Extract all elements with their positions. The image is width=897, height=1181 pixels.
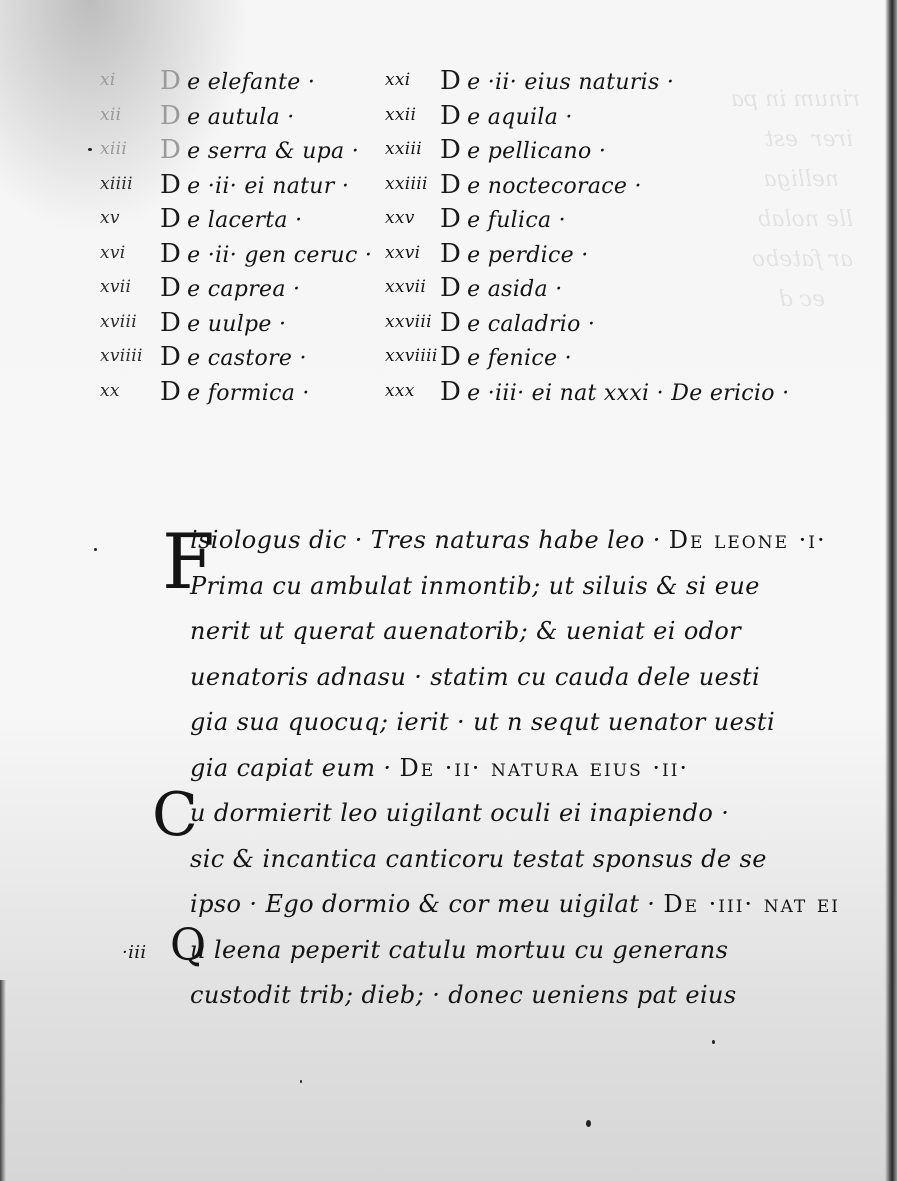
entry-title: e ·ii· ei natur · (187, 174, 349, 199)
initial-d: D (160, 239, 181, 269)
line-text: ipso · Ego dormio & cor meu uigilat · (190, 890, 663, 918)
line-text: custodit trib; dieb; · donec ueniens pat… (190, 981, 737, 1009)
toc-row: xiDe elefante ·xxiDe ·ii· eius naturis · (100, 66, 860, 101)
toc-entry: De pellicano · (440, 135, 606, 165)
chapter-numeral: xiii (100, 139, 127, 159)
text-line: gia sua quocuq; ierit · ut n sequt uenat… (150, 700, 880, 746)
initial-d: D (440, 239, 461, 269)
text-line: sic & incantica canticoru testat sponsus… (150, 837, 880, 883)
initial-d: D (440, 135, 461, 165)
chapter-numeral: xviiii (100, 346, 143, 366)
text-line: Prima cu ambulat inmontib; ut siluis & s… (150, 564, 880, 610)
toc-row: xviiDe caprea ·xxviiDe asida · (100, 273, 860, 308)
toc-entry: De aquila · (440, 101, 573, 131)
section-heading: De ·ii· natura eius ·ii· (399, 754, 689, 782)
toc-row: xviDe ·ii· gen ceruc ·xxviDe perdice · (100, 239, 860, 274)
toc-entry: De caprea · (160, 273, 300, 303)
chapter-numeral: xxiii (385, 139, 422, 159)
toc-row: xxDe formica ·xxxDe ·iii· ei nat xxxi · … (100, 377, 860, 412)
chapter-numeral: xii (100, 105, 121, 125)
chapter-numeral: xviii (100, 312, 137, 332)
initial-d: D (440, 66, 461, 96)
entry-title: e asida · (467, 277, 562, 302)
line-text: u leena peperit catulu mortuu cu generan… (190, 936, 728, 964)
line-text: isiologus dic · Tres naturas habe leo · (190, 526, 669, 554)
toc-entry: De formica · (160, 377, 310, 407)
initial-d: D (440, 101, 461, 131)
decorated-initial-q: Q (170, 924, 206, 968)
text-line: C u dormierit leo uigilant oculi ei inap… (150, 791, 880, 837)
initial-d: D (160, 135, 181, 165)
toc-entry: De fulica · (440, 204, 566, 234)
toc-entry: De caladrio · (440, 308, 595, 338)
chapter-de-leone: F isiologus dic · Tres naturas habe leo … (150, 518, 880, 1019)
toc-entry: De autula · (160, 101, 295, 131)
chapter-numeral: xxx (385, 381, 415, 401)
entry-title: e caprea · (187, 277, 300, 302)
entry-title: e fenice · (467, 346, 572, 371)
line-text: sic & incantica canticoru testat sponsus… (190, 845, 767, 873)
manuscript-page: rinum in pa irer est nelliga lle nolab a… (0, 0, 897, 1181)
text-line: custodit trib; dieb; · donec ueniens pat… (150, 973, 880, 1019)
entry-title: e serra & upa · (187, 139, 359, 164)
toc-entry: De castore · (160, 342, 307, 372)
toc-entry: De fenice · (440, 342, 572, 372)
entry-title: e autula · (187, 105, 294, 130)
line-text: nerit ut querat auenatorib; & ueniat ei … (190, 617, 741, 645)
toc-row: xiiiiDe ·ii· ei natur ·xxiiiiDe noctecor… (100, 170, 860, 205)
text-line: ·iii Q u leena peperit catulu mortuu cu … (150, 928, 880, 974)
page-edge-shadow (0, 980, 6, 1181)
entry-title: e fulica · (467, 208, 566, 233)
text-line: F isiologus dic · Tres naturas habe leo … (150, 518, 880, 564)
chapter-numeral: xxv (385, 208, 415, 228)
entry-title: e formica · (187, 381, 310, 406)
entry-title: e aquila · (467, 105, 573, 130)
entry-title: e ·iii· ei nat xxxi · De ericio · (467, 381, 789, 406)
line-text: gia sua quocuq; ierit · ut n sequt uenat… (190, 708, 775, 736)
initial-d: D (440, 377, 461, 407)
toc-row: xviiiiDe castore ·xxviiiiDe fenice · (100, 342, 860, 377)
initial-d: D (160, 170, 181, 200)
chapter-numeral: xi (100, 70, 116, 90)
entry-title: e caladrio · (467, 312, 595, 337)
initial-d: D (160, 204, 181, 234)
toc-entry: De ·ii· ei natur · (160, 170, 349, 200)
toc-entry: De serra & upa · (160, 135, 359, 165)
line-text: uenatoris adnasu · statim cu cauda dele … (190, 663, 760, 691)
entry-title: e noctecorace · (467, 174, 642, 199)
entry-title: e ·ii· gen ceruc · (187, 243, 372, 268)
entry-title: e castore · (187, 346, 307, 371)
section-heading: De ·iii· nat ei (663, 890, 840, 918)
chapter-numeral: xv (100, 208, 120, 228)
chapter-numeral: xxi (385, 70, 411, 90)
chapter-numeral: xvii (100, 277, 131, 297)
chapter-numeral: xxiiii (385, 174, 428, 194)
entry-title: e lacerta · (187, 208, 302, 233)
chapter-numeral: xxvii (385, 277, 426, 297)
text-line: ipso · Ego dormio & cor meu uigilat · De… (150, 882, 880, 928)
initial-d: D (160, 273, 181, 303)
chapter-numeral: xxvi (385, 243, 420, 263)
initial-d: D (160, 342, 181, 372)
chapter-numeral: xxii (385, 105, 416, 125)
chapter-numeral: xxviii (385, 312, 432, 332)
toc-row: xiiiDe serra & upa ·xxiiiDe pellicano · (100, 135, 860, 170)
table-of-contents: xiDe elefante ·xxiDe ·ii· eius naturis ·… (100, 66, 860, 411)
entry-title: e pellicano · (467, 139, 606, 164)
margin-numeral: ·iii (122, 930, 147, 976)
toc-entry: De ·ii· gen ceruc · (160, 239, 372, 269)
text-line: nerit ut querat auenatorib; & ueniat ei … (150, 609, 880, 655)
chapter-numeral: xvi (100, 243, 126, 263)
toc-entry: De ·ii· eius naturis · (440, 66, 674, 96)
toc-entry: De ·iii· ei nat xxxi · De ericio · (440, 377, 789, 407)
toc-entry: De uulpe · (160, 308, 286, 338)
initial-d: D (440, 308, 461, 338)
chapter-numeral: xx (100, 381, 120, 401)
initial-d: D (160, 308, 181, 338)
entry-title: e uulpe · (187, 312, 286, 337)
toc-row: xvDe lacerta ·xxvDe fulica · (100, 204, 860, 239)
initial-d: D (440, 170, 461, 200)
initial-d: D (440, 273, 461, 303)
initial-d: D (440, 204, 461, 234)
chapter-numeral: xxviiii (385, 346, 438, 366)
chapter-numeral: xiiii (100, 174, 133, 194)
toc-entry: De noctecorace · (440, 170, 642, 200)
entry-title: e elefante · (187, 70, 315, 95)
toc-entry: De perdice · (440, 239, 589, 269)
text-line: gia capiat eum · De ·ii· natura eius ·ii… (150, 746, 880, 792)
entry-title: e perdice · (467, 243, 588, 268)
toc-row: xiiDe autula ·xxiiDe aquila · (100, 101, 860, 136)
initial-d: D (160, 377, 181, 407)
line-text: u dormierit leo uigilant oculi ei inapie… (190, 799, 729, 827)
entry-title: e ·ii· eius naturis · (467, 70, 674, 95)
toc-entry: De elefante · (160, 66, 315, 96)
initial-d: D (440, 342, 461, 372)
toc-entry: De lacerta · (160, 204, 302, 234)
line-text: Prima cu ambulat inmontib; ut siluis & s… (190, 572, 760, 600)
line-text: gia capiat eum · (190, 754, 399, 782)
text-line: uenatoris adnasu · statim cu cauda dele … (150, 655, 880, 701)
initial-d: D (160, 101, 181, 131)
toc-row: xviiiDe uulpe ·xxviiiDe caladrio · (100, 308, 860, 343)
chapter-heading: De leone ·i· (669, 526, 827, 554)
binding-shadow (885, 0, 897, 1181)
initial-d: D (160, 66, 181, 96)
toc-entry: De asida · (440, 273, 563, 303)
